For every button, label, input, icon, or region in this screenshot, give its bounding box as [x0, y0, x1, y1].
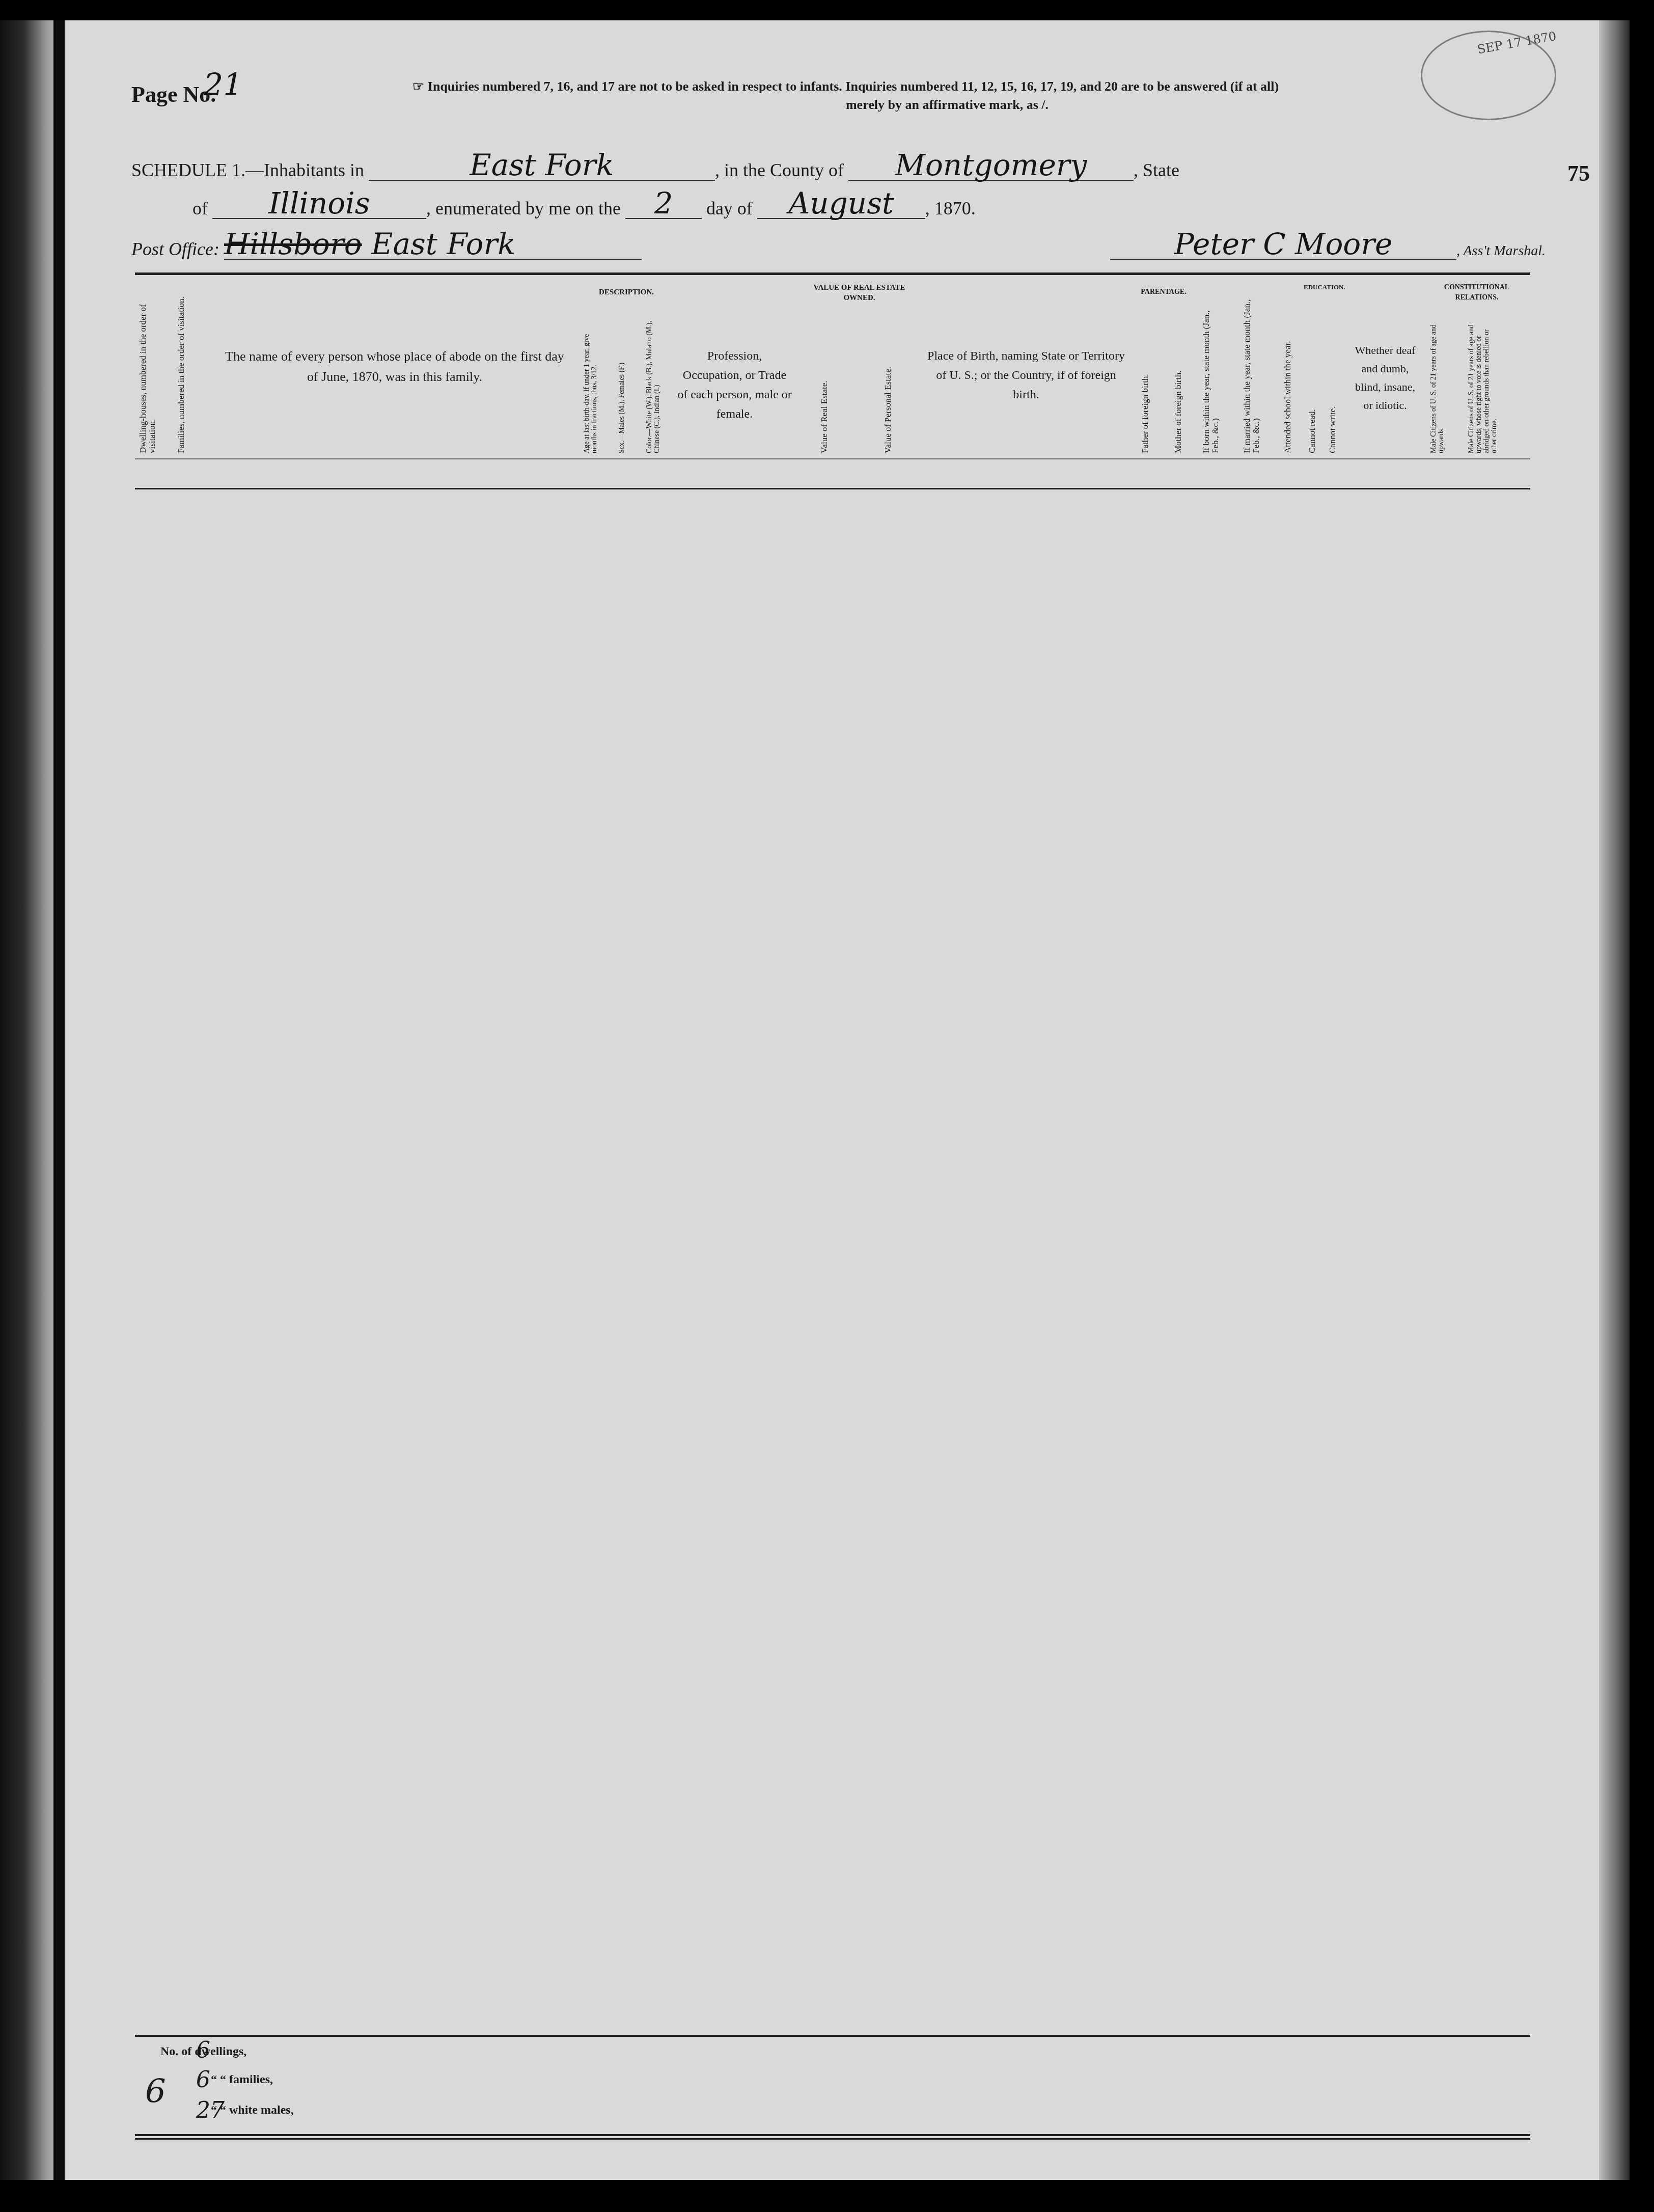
month-field: August: [757, 188, 925, 219]
footer-bottom-rule-2: [135, 2138, 1530, 2140]
page-number: 21: [204, 67, 242, 103]
county-label: , in the County of: [715, 160, 844, 180]
col-header-4: Age at last birth-day. If under 1 year, …: [583, 316, 614, 453]
col-header-19: Male Citizens of U. S. of 21 years of ag…: [1430, 316, 1460, 453]
col-header-5: Sex.—Males (M.), Females (F.): [618, 316, 643, 453]
col-header-10: Place of Birth, naming State or Territor…: [927, 346, 1125, 404]
enumeration-line: of Illinois, enumerated by me on the 2 d…: [192, 188, 976, 219]
schedule-label: SCHEDULE 1.—Inhabitants in: [131, 160, 364, 180]
page-edge: [1599, 20, 1630, 2180]
col-header-16: Cannot read.: [1308, 351, 1320, 453]
col-header-2: Families, numbered in the order of visit…: [177, 295, 203, 453]
families-label: “ “ families,: [211, 2073, 273, 2087]
white-males-value: 27: [196, 2097, 225, 2123]
post-office-value: East Fork: [371, 227, 515, 261]
inquiries-note: ☞ Inquiries numbered 7, 16, and 17 are n…: [412, 77, 1574, 114]
marshal-label: , Ass't Marshal.: [1456, 243, 1546, 259]
of-label: of: [192, 198, 208, 219]
state-label: , State: [1134, 160, 1179, 180]
col-header-15: Attended school within the year.: [1283, 295, 1299, 453]
table-top-rule: [135, 272, 1530, 275]
group-header-value-estate: VALUE OF REAL ESTATE OWNED.: [797, 283, 922, 303]
footer-bottom-rule: [135, 2134, 1530, 2136]
census-page: Page No. 21 ☞ Inquiries numbered 7, 16, …: [0, 20, 1630, 2180]
table-bottom-rule: [135, 2035, 1530, 2037]
col-header-1: Dwelling-houses, numbered in the order o…: [139, 295, 169, 453]
marshal-signature: Peter C Moore: [1110, 229, 1456, 260]
col-header-11: Father of foreign birth.: [1141, 326, 1156, 453]
col-header-8: Value of Real Estate.: [820, 336, 835, 453]
enumerated-label: , enumerated by me on the: [426, 198, 621, 219]
inquiries-line-2: merely by an affirmative mark, as /.: [412, 96, 1574, 114]
post-office-struck: Hillsboro: [224, 227, 362, 261]
binding-edge: [53, 20, 65, 2180]
schedule-line: SCHEDULE 1.—Inhabitants in East Fork, in…: [131, 150, 1179, 181]
sheet-number: 75: [1567, 160, 1590, 186]
group-header-education: EDUCATION.: [1304, 283, 1344, 292]
county-field: Montgomery: [848, 150, 1134, 181]
township-field: East Fork: [369, 150, 715, 181]
group-header-parentage: PARENTAGE.: [1131, 285, 1197, 299]
col-header-18: Whether deaf and dumb, blind, insane, or…: [1349, 341, 1421, 415]
year-label: , 1870.: [925, 198, 976, 219]
inquiries-line-1: ☞ Inquiries numbered 7, 16, and 17 are n…: [412, 79, 1279, 94]
header-bottom-rule: [135, 458, 1530, 459]
marshal-line: Peter C Moore, Ass't Marshal.: [1110, 229, 1546, 260]
day-of-label: day of: [706, 198, 753, 219]
col-header-3: The name of every person whose place of …: [219, 346, 570, 387]
column-number-rule: [135, 488, 1530, 489]
col-header-9: Value of Personal Estate.: [884, 316, 899, 453]
col-header-7: Profession, Occupation, or Trade of each…: [677, 346, 792, 424]
dwellings-value: 6: [196, 2037, 210, 2063]
post-office-label: Post Office:: [131, 239, 219, 259]
day-field: 2: [625, 188, 702, 219]
families-value: 6: [196, 2067, 210, 2093]
post-office-line: Post Office: Hillsboro East Fork: [131, 229, 642, 260]
group-header-constitutional: CONSTITUTIONAL RELATIONS.: [1426, 283, 1528, 303]
state-field: Illinois: [212, 188, 426, 219]
group-header-description: DESCRIPTION.: [581, 285, 672, 299]
col-header-17: Cannot write.: [1328, 351, 1341, 453]
col-header-13: If born within the year, state month (Ja…: [1202, 295, 1232, 453]
col-header-6: Color.—White (W.), Black (B.), Mulatto (…: [646, 316, 671, 453]
col-header-14: If married within the year, state month …: [1243, 295, 1273, 453]
footer-margin-total: 6: [145, 2073, 166, 2111]
col-header-12: Mother of foreign birth.: [1174, 326, 1189, 453]
post-office-field: Hillsboro East Fork: [224, 229, 642, 260]
col-header-20: Male Citizens of U. S. of 21 years of ag…: [1468, 316, 1524, 453]
